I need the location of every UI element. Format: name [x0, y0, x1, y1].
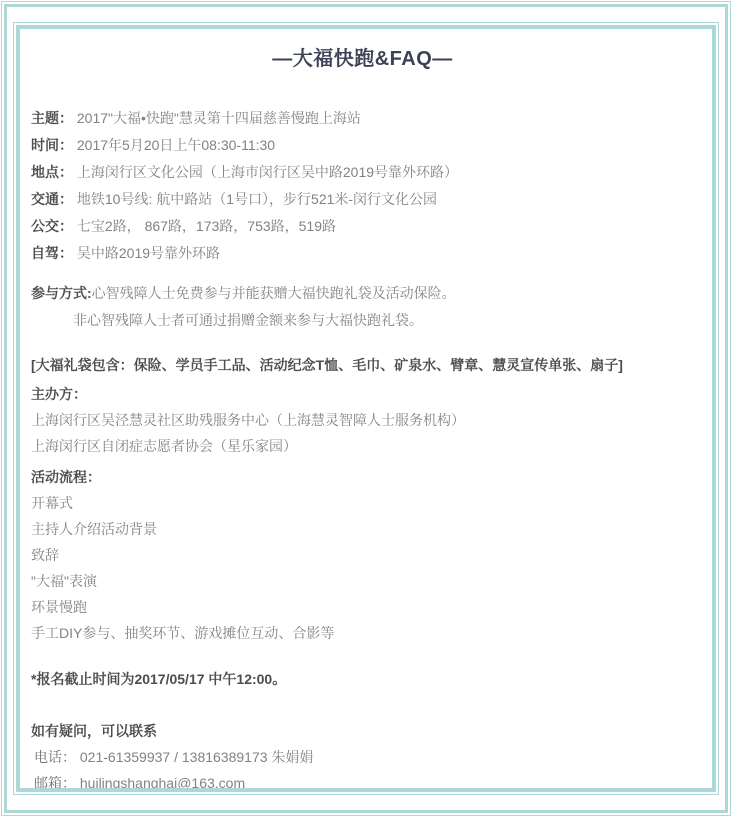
- inner-frame: —大福快跑&FAQ— 主题： 2017"大福•快跑"慧灵第十四届慈善慢跑上海站 …: [13, 22, 719, 795]
- agenda-item: 手工DIY参与、抽奖环节、游戏摊位互动、合影等: [31, 620, 694, 646]
- detail-value: 上海闵行区文化公园（上海市闵行区吴中路2019号靠外环路）: [77, 164, 458, 180]
- agenda-item: 主持人介绍活动背景: [31, 516, 694, 542]
- detail-row-time: 时间： 2017年5月20日上午08:30-11:30: [31, 132, 694, 159]
- detail-label: 时间：: [31, 137, 73, 153]
- agenda-item: "大福"表演: [31, 568, 694, 594]
- detail-value: 地铁10号线: 航中路站（1号口），步行521米-闵行文化公园: [77, 191, 437, 207]
- deadline-note: *报名截止时间为2017/05/17 中午12:00。: [31, 666, 694, 692]
- contact-email-row: 邮箱： huilingshanghai@163.com: [31, 770, 694, 792]
- detail-row-driving: 自驾： 吴中路2019号靠外环路: [31, 240, 694, 267]
- detail-label: 主题：: [31, 110, 73, 126]
- organizer-item: 上海闵行区自闭症志愿者协会（星乐家园）: [31, 433, 694, 459]
- detail-row-location: 地点： 上海闵行区文化公园（上海市闵行区吴中路2019号靠外环路）: [31, 159, 694, 186]
- agenda-heading: 活动流程：: [31, 464, 694, 490]
- participation-text: 心智残障人士免费参与并能获赠大福快跑礼袋及活动保险。: [92, 285, 456, 301]
- participation-section: 参与方式:心智残障人士免费参与并能获赠大福快跑礼袋及活动保险。 非心智残障人士者…: [31, 280, 694, 334]
- detail-row-topic: 主题： 2017"大福•快跑"慧灵第十四届慈善慢跑上海站: [31, 105, 694, 132]
- agenda-item: 致辞: [31, 542, 694, 568]
- detail-value: 吴中路2019号靠外环路: [77, 245, 220, 261]
- detail-label: 交通：: [31, 191, 73, 207]
- contact-heading: 如有疑问，可以联系: [31, 718, 694, 744]
- participation-line-1: 参与方式:心智残障人士免费参与并能获赠大福快跑礼袋及活动保险。: [31, 280, 694, 307]
- outer-frame-thick: —大福快跑&FAQ— 主题： 2017"大福•快跑"慧灵第十四届慈善慢跑上海站 …: [4, 4, 728, 813]
- phone-value: 021-61359937 / 13816389173 朱娟娟: [80, 749, 314, 765]
- phone-label: 电话：: [34, 749, 76, 765]
- participation-label: 参与方式:: [31, 285, 92, 301]
- event-details: 主题： 2017"大福•快跑"慧灵第十四届慈善慢跑上海站 时间： 2017年5月…: [31, 105, 694, 267]
- email-label: 邮箱：: [34, 775, 76, 791]
- detail-label: 公交：: [31, 218, 73, 234]
- detail-value: 2017年5月20日上午08:30-11:30: [77, 137, 275, 153]
- contact-phone-row: 电话： 021-61359937 / 13816389173 朱娟娟: [31, 744, 694, 770]
- page-title: —大福快跑&FAQ—: [31, 47, 694, 71]
- gift-bag-note: [大福礼袋包含：保险、学员手工品、活动纪念T恤、毛巾、矿泉水、臂章、慧灵宣传单张…: [31, 355, 694, 376]
- detail-row-bus: 公交： 七宝2路， 867路，173路，753路，519路: [31, 213, 694, 240]
- detail-label: 地点：: [31, 164, 73, 180]
- detail-value: 七宝2路， 867路，173路，753路，519路: [77, 218, 336, 234]
- detail-row-transit: 交通： 地铁10号线: 航中路站（1号口），步行521米-闵行文化公园: [31, 186, 694, 213]
- outer-frame: —大福快跑&FAQ— 主题： 2017"大福•快跑"慧灵第十四届慈善慢跑上海站 …: [1, 1, 731, 816]
- organizers-heading: 主办方：: [31, 381, 694, 407]
- participation-line-2: 非心智残障人士者可通过捐赠金额来参与大福快跑礼袋。: [31, 307, 694, 334]
- email-value: huilingshanghai@163.com: [80, 775, 245, 791]
- inner-frame-thick: —大福快跑&FAQ— 主题： 2017"大福•快跑"慧灵第十四届慈善慢跑上海站 …: [16, 25, 716, 792]
- agenda-item: 环景慢跑: [31, 594, 694, 620]
- detail-value: 2017"大福•快跑"慧灵第十四届慈善慢跑上海站: [77, 110, 361, 126]
- detail-label: 自驾：: [31, 245, 73, 261]
- agenda-item: 开幕式: [31, 490, 694, 516]
- organizer-item: 上海闵行区吴泾慧灵社区助残服务中心（上海慧灵智障人士服务机构）: [31, 407, 694, 433]
